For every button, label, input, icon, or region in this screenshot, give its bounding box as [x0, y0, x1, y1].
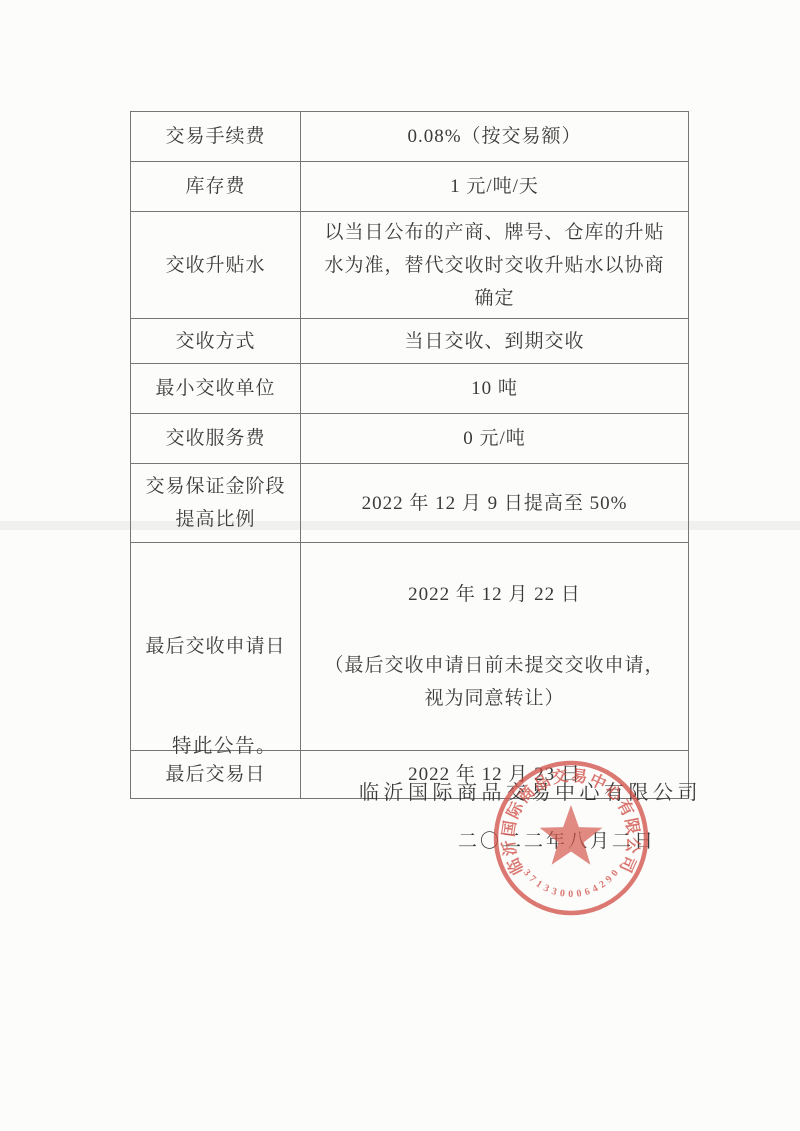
- date-line: 二〇二二年八月二日: [458, 826, 656, 853]
- row-value-cell: 2022 年 12 月 22 日 （最后交收申请日前未提交交收申请， 视为同意转…: [301, 543, 689, 751]
- table-row: 交收升贴水 以当日公布的产商、牌号、仓库的升贴 水为准，替代交收时交收升贴水以协…: [131, 212, 689, 319]
- row-value-cell: 10 吨: [301, 364, 689, 414]
- row-value-line2: （最后交收申请日前未提交交收申请， 视为同意转让）: [313, 649, 676, 715]
- table-row: 交易保证金阶段 提高比例 2022 年 12 月 9 日提高至 50%: [131, 464, 689, 543]
- table-row: 最小交收单位 10 吨: [131, 364, 689, 414]
- row-value-line1: 2022 年 12 月 22 日: [313, 578, 676, 611]
- closing-text: 特此公告。: [172, 730, 277, 758]
- seal-number: 3713300064290: [521, 867, 622, 900]
- table-row: 最后交收申请日 2022 年 12 月 22 日 （最后交收申请日前未提交交收申…: [131, 543, 689, 751]
- row-value-cell: 当日交收、到期交收: [301, 319, 689, 364]
- table-row: 交收服务费 0 元/吨: [131, 414, 689, 464]
- row-label-cell: 交易保证金阶段 提高比例: [131, 464, 301, 543]
- row-label-cell: 交收服务费: [131, 414, 301, 464]
- row-value-cell: 0 元/吨: [301, 414, 689, 464]
- row-label-cell: 交收方式: [131, 319, 301, 364]
- row-label-cell: 交收升贴水: [131, 212, 301, 319]
- row-value-cell: 2022 年 12 月 9 日提高至 50%: [301, 464, 689, 543]
- table-row: 交易手续费 0.08%（按交易额）: [131, 112, 689, 162]
- row-label-cell: 最后交收申请日: [131, 543, 301, 751]
- row-label-cell: 最小交收单位: [131, 364, 301, 414]
- notice-table: 交易手续费 0.08%（按交易额） 库存费 1 元/吨/天 交收升贴水 以当日公…: [130, 111, 689, 799]
- company-signature: 临沂国际商品交易中心有限公司: [359, 776, 702, 805]
- row-label-cell: 库存费: [131, 162, 301, 212]
- row-label-cell: 交易手续费: [131, 112, 301, 162]
- row-value-cell: 1 元/吨/天: [301, 162, 689, 212]
- row-value-cell: 以当日公布的产商、牌号、仓库的升贴 水为准，替代交收时交收升贴水以协商 确定: [301, 212, 689, 319]
- table-row: 交收方式 当日交收、到期交收: [131, 319, 689, 364]
- row-value-cell: 0.08%（按交易额）: [301, 112, 689, 162]
- table-row: 库存费 1 元/吨/天: [131, 162, 689, 212]
- document-page: 交易手续费 0.08%（按交易额） 库存费 1 元/吨/天 交收升贴水 以当日公…: [0, 0, 800, 1131]
